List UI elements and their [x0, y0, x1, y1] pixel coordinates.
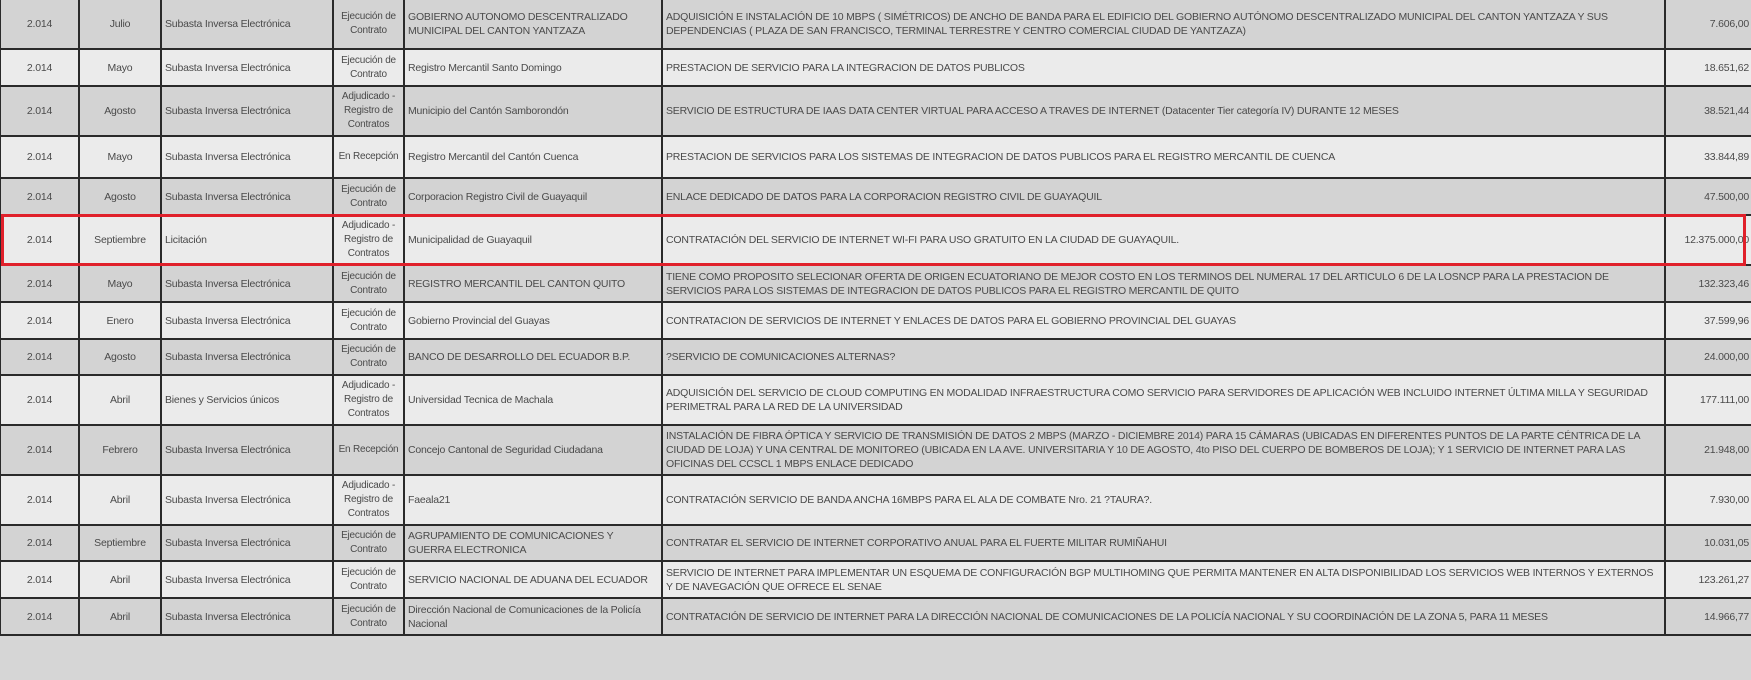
year-cell: 2.014	[0, 302, 79, 339]
description-cell: CONTRATAR EL SERVICIO DE INTERNET CORPOR…	[662, 525, 1665, 561]
process-type-cell: Subasta Inversa Electrónica	[161, 86, 333, 136]
status-cell: En Recepción	[333, 425, 404, 475]
table-row[interactable]: 2.014 Mayo Subasta Inversa Electrónica E…	[0, 265, 1751, 302]
entity-cell: BANCO DE DESARROLLO DEL ECUADOR B.P.	[404, 339, 662, 375]
table-row[interactable]: 2.014 Mayo Subasta Inversa Electrónica E…	[0, 136, 1751, 178]
entity-cell: Municipalidad de Guayaquil	[404, 215, 662, 265]
status-cell: Adjudicado - Registro de Contratos	[333, 86, 404, 136]
month-cell: Abril	[79, 375, 161, 425]
month-cell: Agosto	[79, 339, 161, 375]
process-type-cell: Subasta Inversa Electrónica	[161, 136, 333, 178]
status-cell: Ejecución de Contrato	[333, 525, 404, 561]
amount-cell: 7.930,00	[1665, 475, 1751, 525]
amount-cell: 123.261,27	[1665, 561, 1751, 598]
amount-cell: 38.521,44	[1665, 86, 1751, 136]
month-cell: Agosto	[79, 178, 161, 215]
year-cell: 2.014	[0, 86, 79, 136]
year-cell: 2.014	[0, 215, 79, 265]
status-cell: En Recepción	[333, 136, 404, 178]
description-cell: INSTALACIÓN DE FIBRA ÓPTICA Y SERVICIO D…	[662, 425, 1665, 475]
process-type-cell: Subasta Inversa Electrónica	[161, 475, 333, 525]
status-cell: Ejecución de Contrato	[333, 339, 404, 375]
table-row[interactable]: 2.014 Abril Subasta Inversa Electrónica …	[0, 598, 1751, 635]
month-cell: Septiembre	[79, 215, 161, 265]
amount-cell: 37.599,96	[1665, 302, 1751, 339]
table-row[interactable]: 2.014 Abril Subasta Inversa Electrónica …	[0, 475, 1751, 525]
entity-cell: Registro Mercantil del Cantón Cuenca	[404, 136, 662, 178]
description-cell: PRESTACION DE SERVICIO PARA LA INTEGRACI…	[662, 49, 1665, 86]
status-cell: Ejecución de Contrato	[333, 598, 404, 635]
status-cell: Ejecución de Contrato	[333, 265, 404, 302]
amount-cell: 177.111,00	[1665, 375, 1751, 425]
table-row[interactable]: 2.014 Septiembre Subasta Inversa Electró…	[0, 525, 1751, 561]
entity-cell: Universidad Tecnica de Machala	[404, 375, 662, 425]
year-cell: 2.014	[0, 178, 79, 215]
description-cell: SERVICIO DE ESTRUCTURA DE IAAS DATA CENT…	[662, 86, 1665, 136]
amount-cell: 132.323,46	[1665, 265, 1751, 302]
amount-cell: 47.500,00	[1665, 178, 1751, 215]
description-cell: ADQUISICIÓN DEL SERVICIO DE CLOUD COMPUT…	[662, 375, 1665, 425]
entity-cell: Concejo Cantonal de Seguridad Ciudadana	[404, 425, 662, 475]
description-cell: CONTRATACIÓN DE SERVICIO DE INTERNET PAR…	[662, 598, 1665, 635]
entity-cell: REGISTRO MERCANTIL DEL CANTON QUITO	[404, 265, 662, 302]
month-cell: Abril	[79, 475, 161, 525]
month-cell: Mayo	[79, 265, 161, 302]
process-type-cell: Subasta Inversa Electrónica	[161, 425, 333, 475]
entity-cell: Municipio del Cantón Samborondón	[404, 86, 662, 136]
month-cell: Agosto	[79, 86, 161, 136]
process-type-cell: Subasta Inversa Electrónica	[161, 178, 333, 215]
amount-cell: 14.966,77	[1665, 598, 1751, 635]
contracts-table: 2.014 Julio Subasta Inversa Electrónica …	[0, 0, 1751, 636]
month-cell: Mayo	[79, 136, 161, 178]
amount-cell: 7.606,00	[1665, 0, 1751, 49]
year-cell: 2.014	[0, 49, 79, 86]
description-cell: ?SERVICIO DE COMUNICACIONES ALTERNAS?	[662, 339, 1665, 375]
year-cell: 2.014	[0, 561, 79, 598]
table-row-highlighted[interactable]: 2.014 Septiembre Licitación Adjudicado -…	[0, 215, 1751, 265]
process-type-cell: Subasta Inversa Electrónica	[161, 302, 333, 339]
year-cell: 2.014	[0, 525, 79, 561]
status-cell: Ejecución de Contrato	[333, 561, 404, 598]
table-body: 2.014 Julio Subasta Inversa Electrónica …	[0, 0, 1751, 635]
description-cell: ENLACE DEDICADO DE DATOS PARA LA CORPORA…	[662, 178, 1665, 215]
entity-cell: SERVICIO NACIONAL DE ADUANA DEL ECUADOR	[404, 561, 662, 598]
status-cell: Ejecución de Contrato	[333, 178, 404, 215]
entity-cell: GOBIERNO AUTONOMO DESCENTRALIZADO MUNICI…	[404, 0, 662, 49]
amount-cell: 12.375.000,00	[1665, 215, 1751, 265]
status-cell: Ejecución de Contrato	[333, 49, 404, 86]
description-cell: ADQUISICIÓN E INSTALACIÓN DE 10 MBPS ( S…	[662, 0, 1665, 49]
process-type-cell: Bienes y Servicios únicos	[161, 375, 333, 425]
entity-cell: Dirección Nacional de Comunicaciones de …	[404, 598, 662, 635]
status-cell: Ejecución de Contrato	[333, 302, 404, 339]
entity-cell: Registro Mercantil Santo Domingo	[404, 49, 662, 86]
process-type-cell: Subasta Inversa Electrónica	[161, 0, 333, 49]
amount-cell: 24.000,00	[1665, 339, 1751, 375]
month-cell: Mayo	[79, 49, 161, 86]
year-cell: 2.014	[0, 339, 79, 375]
description-cell: CONTRATACIÓN DEL SERVICIO DE INTERNET WI…	[662, 215, 1665, 265]
year-cell: 2.014	[0, 475, 79, 525]
process-type-cell: Licitación	[161, 215, 333, 265]
status-cell: Adjudicado - Registro de Contratos	[333, 475, 404, 525]
year-cell: 2.014	[0, 425, 79, 475]
month-cell: Abril	[79, 598, 161, 635]
description-cell: CONTRATACION DE SERVICIOS DE INTERNET Y …	[662, 302, 1665, 339]
amount-cell: 10.031,05	[1665, 525, 1751, 561]
entity-cell: Faeala21	[404, 475, 662, 525]
entity-cell: Gobierno Provincial del Guayas	[404, 302, 662, 339]
year-cell: 2.014	[0, 136, 79, 178]
month-cell: Julio	[79, 0, 161, 49]
status-cell: Adjudicado - Registro de Contratos	[333, 375, 404, 425]
description-cell: PRESTACION DE SERVICIOS PARA LOS SISTEMA…	[662, 136, 1665, 178]
entity-cell: AGRUPAMIENTO DE COMUNICACIONES Y GUERRA …	[404, 525, 662, 561]
table-row[interactable]: 2.014 Agosto Subasta Inversa Electrónica…	[0, 339, 1751, 375]
process-type-cell: Subasta Inversa Electrónica	[161, 339, 333, 375]
table-row[interactable]: 2.014 Febrero Subasta Inversa Electrónic…	[0, 425, 1751, 475]
year-cell: 2.014	[0, 598, 79, 635]
description-cell: CONTRATACIÓN SERVICIO DE BANDA ANCHA 16M…	[662, 475, 1665, 525]
year-cell: 2.014	[0, 375, 79, 425]
process-type-cell: Subasta Inversa Electrónica	[161, 598, 333, 635]
month-cell: Enero	[79, 302, 161, 339]
amount-cell: 21.948,00	[1665, 425, 1751, 475]
month-cell: Febrero	[79, 425, 161, 475]
table-row[interactable]: 2.014 Abril Subasta Inversa Electrónica …	[0, 561, 1751, 598]
year-cell: 2.014	[0, 0, 79, 49]
table-row[interactable]: 2.014 Abril Bienes y Servicios únicos Ad…	[0, 375, 1751, 425]
process-type-cell: Subasta Inversa Electrónica	[161, 561, 333, 598]
process-type-cell: Subasta Inversa Electrónica	[161, 265, 333, 302]
entity-cell: Corporacion Registro Civil de Guayaquil	[404, 178, 662, 215]
table-row[interactable]: 2.014 Julio Subasta Inversa Electrónica …	[0, 0, 1751, 49]
status-cell: Ejecución de Contrato	[333, 0, 404, 49]
description-cell: SERVICIO DE INTERNET PARA IMPLEMENTAR UN…	[662, 561, 1665, 598]
amount-cell: 18.651,62	[1665, 49, 1751, 86]
table-row[interactable]: 2.014 Mayo Subasta Inversa Electrónica E…	[0, 49, 1751, 86]
table-row[interactable]: 2.014 Enero Subasta Inversa Electrónica …	[0, 302, 1751, 339]
month-cell: Abril	[79, 561, 161, 598]
status-cell: Adjudicado - Registro de Contratos	[333, 215, 404, 265]
month-cell: Septiembre	[79, 525, 161, 561]
amount-cell: 33.844,89	[1665, 136, 1751, 178]
table-row[interactable]: 2.014 Agosto Subasta Inversa Electrónica…	[0, 178, 1751, 215]
process-type-cell: Subasta Inversa Electrónica	[161, 49, 333, 86]
description-cell: TIENE COMO PROPOSITO SELECIONAR OFERTA D…	[662, 265, 1665, 302]
process-type-cell: Subasta Inversa Electrónica	[161, 525, 333, 561]
table-row[interactable]: 2.014 Agosto Subasta Inversa Electrónica…	[0, 86, 1751, 136]
year-cell: 2.014	[0, 265, 79, 302]
